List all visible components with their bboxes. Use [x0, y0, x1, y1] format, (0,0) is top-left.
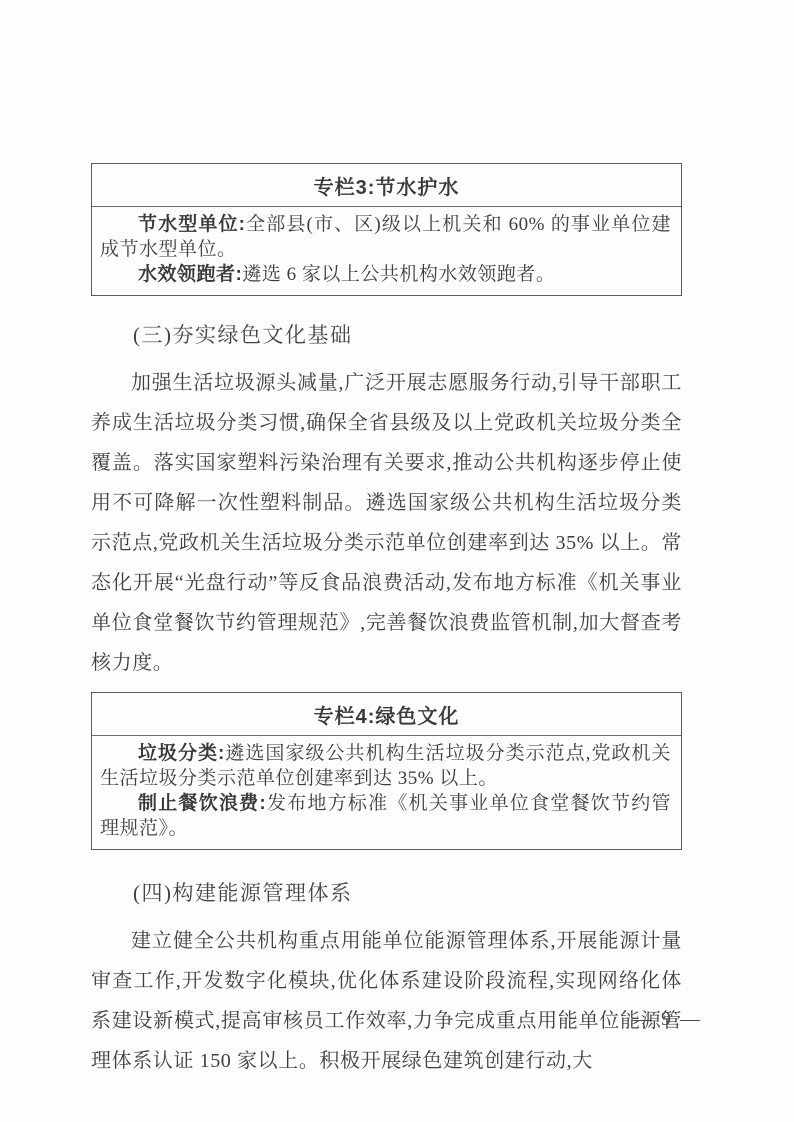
- column-box-4-body: 垃圾分类:遴选国家级公共机构生活垃圾分类示范点,党政机关生活垃圾分类示范单位创建…: [92, 736, 681, 849]
- column-box-4: 专栏4:绿色文化 垃圾分类:遴选国家级公共机构生活垃圾分类示范点,党政机关生活垃…: [91, 692, 682, 850]
- item-label: 节水型单位:: [138, 214, 246, 235]
- page-number: — 9 —: [632, 1008, 702, 1031]
- item-text: 遴选 6 家以上公共机构水效领跑者。: [242, 264, 555, 285]
- column-box-4-item-waste-sorting: 垃圾分类:遴选国家级公共机构生活垃圾分类示范点,党政机关生活垃圾分类示范单位创建…: [100, 741, 671, 791]
- section-4-heading: (四)构建能源管理体系: [91, 877, 682, 907]
- column-box-4-item-stop-food-waste: 制止餐饮浪费:发布地方标准《机关事业单位食堂餐饮节约管理规范》。: [100, 791, 671, 841]
- column-box-3-title: 专栏3:节水护水: [92, 164, 681, 207]
- document-page: 专栏3:节水护水 节水型单位:全部县(市、区)级以上机关和 60% 的事业单位建…: [0, 0, 794, 1122]
- column-box-4-title: 专栏4:绿色文化: [92, 693, 681, 736]
- column-box-3: 专栏3:节水护水 节水型单位:全部县(市、区)级以上机关和 60% 的事业单位建…: [91, 163, 682, 296]
- column-box-3-body: 节水型单位:全部县(市、区)级以上机关和 60% 的事业单位建成节水型单位。 水…: [92, 207, 681, 295]
- section-3-heading: (三)夯实绿色文化基础: [91, 319, 682, 349]
- section-4-paragraph: 建立健全公共机构重点用能单位能源管理体系,开展能源计量审查工作,开发数字化模块,…: [91, 921, 682, 1081]
- column-box-3-item-water-efficiency-leaders: 水效领跑者:遴选 6 家以上公共机构水效领跑者。: [100, 262, 671, 287]
- item-label: 制止餐饮浪费:: [138, 793, 266, 814]
- item-label: 垃圾分类:: [138, 743, 225, 764]
- item-label: 水效领跑者:: [138, 264, 242, 285]
- column-box-3-item-water-saving-units: 节水型单位:全部县(市、区)级以上机关和 60% 的事业单位建成节水型单位。: [100, 212, 671, 262]
- section-3-paragraph: 加强生活垃圾源头减量,广泛开展志愿服务行动,引导干部职工养成生活垃圾分类习惯,确…: [91, 363, 682, 683]
